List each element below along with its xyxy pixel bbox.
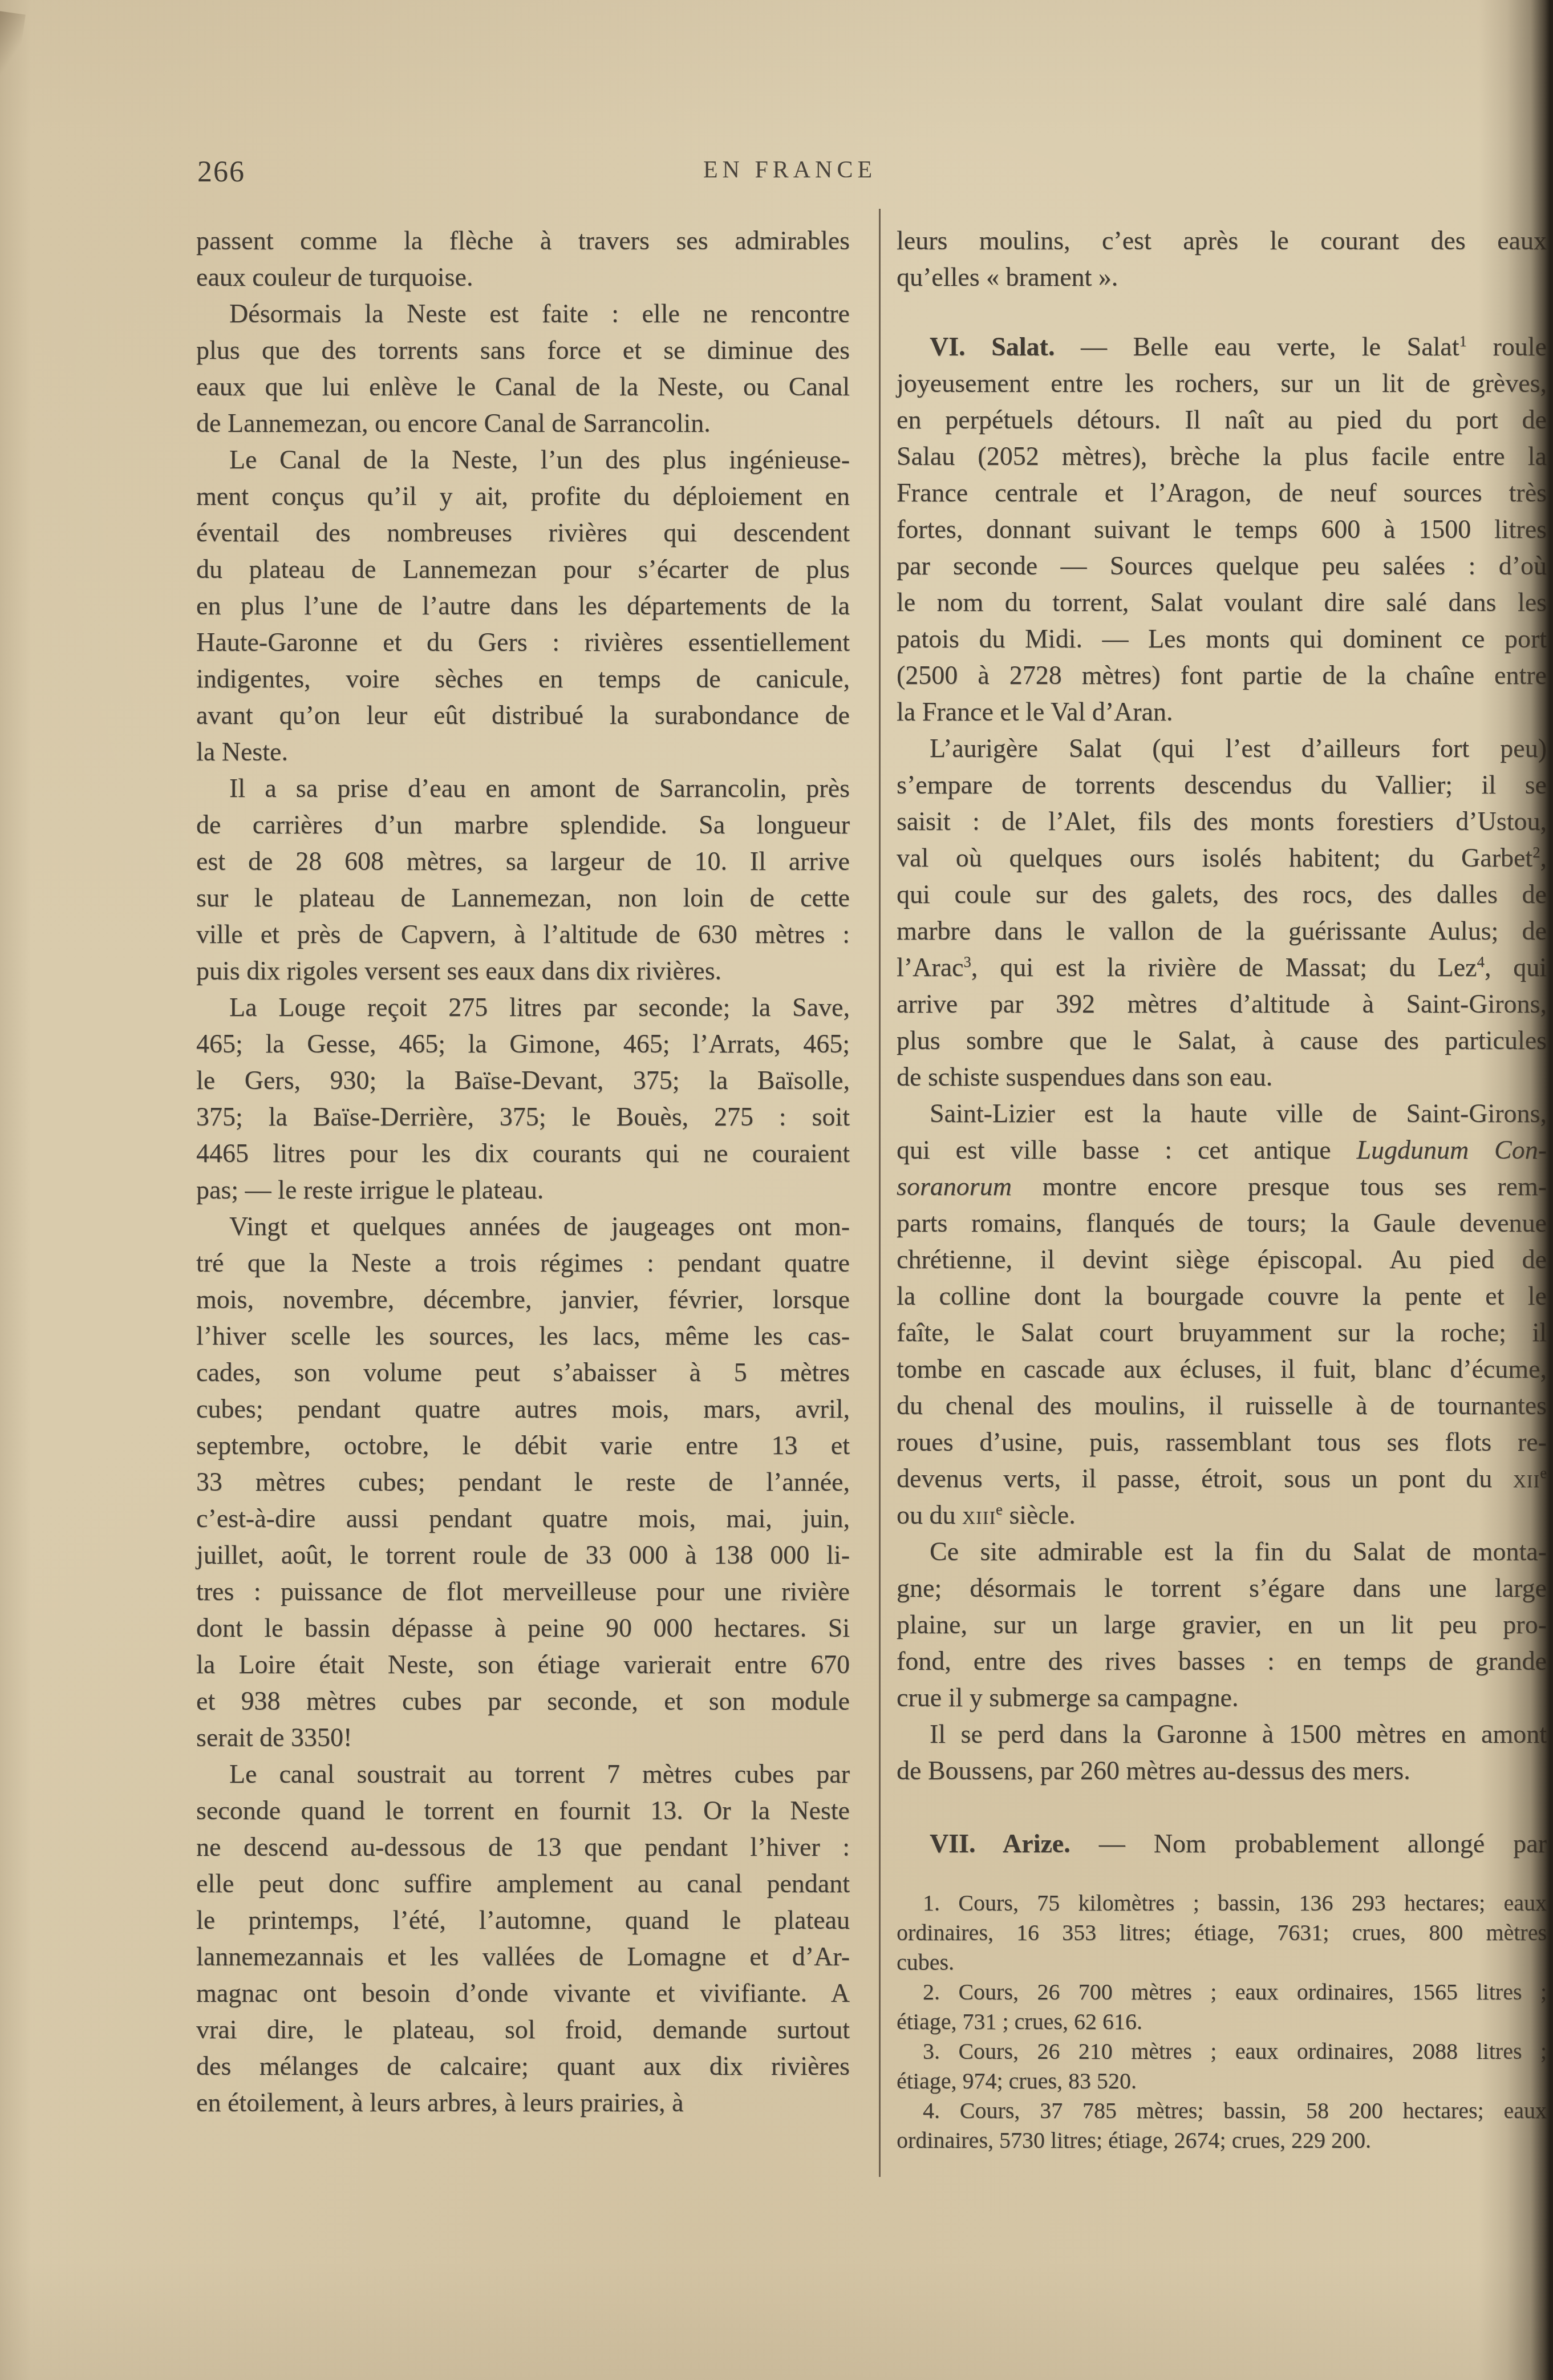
text-line: arrive par 392 mètres d’altitude à Saint… bbox=[897, 986, 1547, 1022]
text-line: du plateau de Lannemezan pour s’écarter … bbox=[196, 551, 850, 588]
text-line: roues d’usine, puis, rassemblant tous se… bbox=[897, 1424, 1547, 1460]
text-line: eaux couleur de turquoise. bbox=[196, 259, 850, 296]
text-line: dont le bassin dépasse à peine 90 000 he… bbox=[196, 1610, 850, 1646]
text-line: France centrale et l’Aragon, de neuf sou… bbox=[897, 475, 1547, 511]
text-line: de Boussens, par 260 mètres au-dessus de… bbox=[897, 1752, 1547, 1789]
text-line: faîte, le Salat court bruyamment sur la … bbox=[897, 1314, 1547, 1351]
text-line: plaine, sur un large gravier, en un lit … bbox=[897, 1606, 1547, 1643]
text-line: le Gers, 930; la Baïse-Devant, 375; la B… bbox=[196, 1062, 850, 1099]
text-line: ou du xiiie siècle. bbox=[897, 1497, 1547, 1533]
text-line: ordinaires, 5730 litres; étiage, 2674; c… bbox=[897, 2126, 1547, 2155]
running-header: EN FRANCE bbox=[0, 156, 1553, 184]
text-line: gne; désormais le torrent s’égare dans u… bbox=[897, 1570, 1547, 1606]
text-line: vrai dire, le plateau, sol froid, demand… bbox=[196, 2011, 850, 2048]
text-line: en perpétuels détours. Il naît au pied d… bbox=[897, 402, 1547, 438]
text-line: ment conçus qu’il y ait, profite du dépl… bbox=[196, 478, 850, 515]
text-line: serait de 3350! bbox=[196, 1719, 850, 1756]
text-line: tombe en cascade aux écluses, il fuit, b… bbox=[897, 1351, 1547, 1387]
text-line: qui est ville basse : cet antique Lugdun… bbox=[897, 1132, 1547, 1168]
text-line: juillet, août, le torrent roule de 33 00… bbox=[196, 1537, 850, 1573]
text-line: du chenal des moulins, il ruisselle à de… bbox=[897, 1387, 1547, 1424]
text-line: chrétienne, il devint siège épiscopal. A… bbox=[897, 1241, 1547, 1278]
text-line: elle peut donc suffire amplement au cana… bbox=[196, 1865, 850, 1902]
text-line: qu’elles « brament ». bbox=[897, 259, 1547, 296]
text-line: de carrières d’un marbre splendide. Sa l… bbox=[196, 807, 850, 843]
text-line: indigentes, voire sèches en temps de can… bbox=[196, 661, 850, 697]
right-column-body: leurs moulins, c’est après le courant de… bbox=[897, 222, 1547, 1862]
text-line: éventail des nombreuses rivières qui des… bbox=[196, 515, 850, 551]
text-line: c’est-à-dire aussi pendant quatre mois, … bbox=[196, 1500, 850, 1537]
text-line: qui coule sur des galets, des rocs, des … bbox=[897, 876, 1547, 913]
text-line: Le Canal de la Neste, l’un des plus ingé… bbox=[196, 442, 850, 478]
text-line: fond, entre des rives basses : en temps … bbox=[897, 1643, 1547, 1679]
line-gap bbox=[897, 296, 1547, 329]
text-line: ordinaires, 16 353 litres; étiage, 7631;… bbox=[897, 1918, 1547, 1948]
text-line: mois, novembre, décembre, janvier, févri… bbox=[196, 1281, 850, 1318]
text-line: cubes. bbox=[897, 1948, 1547, 1977]
text-line: devenus verts, il passe, étroit, sous un… bbox=[897, 1460, 1547, 1497]
text-line: patois du Midi. — Les monts qui dominent… bbox=[897, 621, 1547, 657]
text-line: (2500 à 2728 mètres) font partie de la c… bbox=[897, 657, 1547, 694]
text-line: 4. Cours, 37 785 mètres; bassin, 58 200 … bbox=[897, 2096, 1547, 2126]
text-line: le printemps, l’été, l’automne, quand le… bbox=[196, 1902, 850, 1938]
text-line: ville et près de Capvern, à l’altitude d… bbox=[196, 916, 850, 953]
text-line: VI. Salat. — Belle eau verte, le Salat1 … bbox=[897, 329, 1547, 365]
text-line: joyeusement entre les rochers, sur un li… bbox=[897, 365, 1547, 402]
text-line: étiage, 974; crues, 83 520. bbox=[897, 2066, 1547, 2096]
book-page-scan: 266 EN FRANCE passent comme la flèche à … bbox=[0, 0, 1553, 2380]
text-line: en plus l’une de l’autre dans les départ… bbox=[196, 588, 850, 624]
text-line: ne descend au-dessous de 13 que pendant … bbox=[196, 1829, 850, 1865]
text-line: cubes; pendant quatre autres mois, mars,… bbox=[196, 1391, 850, 1427]
text-line: marbre dans le vallon de la guérissante … bbox=[897, 913, 1547, 949]
text-line: magnac ont besoin d’onde vivante et vivi… bbox=[196, 1975, 850, 2011]
text-line: l’hiver scelle les sources, les lacs, mê… bbox=[196, 1318, 850, 1354]
text-line: Vingt et quelques années de jaugeages on… bbox=[196, 1208, 850, 1245]
text-line: crue il y submerge sa campagne. bbox=[897, 1679, 1547, 1716]
text-line: avant qu’on leur eût distribué la surabo… bbox=[196, 697, 850, 734]
text-line: et 938 mètres cubes par seconde, et son … bbox=[196, 1683, 850, 1719]
text-line: Salau (2052 mètres), brèche la plus faci… bbox=[897, 438, 1547, 475]
text-line: l’Arac3, qui est la rivière de Massat; d… bbox=[897, 949, 1547, 986]
text-line: 3. Cours, 26 210 mètres ; eaux ordinaire… bbox=[897, 2037, 1547, 2066]
text-line: eaux que lui enlève le Canal de la Neste… bbox=[196, 369, 850, 405]
text-line: pas; — le reste irrigue le plateau. bbox=[196, 1172, 850, 1208]
right-column: leurs moulins, c’est après le courant de… bbox=[897, 222, 1547, 2155]
text-line: 2. Cours, 26 700 mètres ; eaux ordinaire… bbox=[897, 1977, 1547, 2007]
text-line: Désormais la Neste est faite : elle ne r… bbox=[196, 296, 850, 332]
text-line: la France et le Val d’Aran. bbox=[897, 694, 1547, 730]
text-line: 375; la Baïse-Derrière, 375; le Bouès, 2… bbox=[196, 1099, 850, 1135]
text-line: Ce site admirable est la fin du Salat de… bbox=[897, 1533, 1547, 1570]
column-divider bbox=[879, 209, 881, 2177]
text-line: de Lannemezan, ou encore Canal de Sarran… bbox=[196, 405, 850, 442]
text-line: par seconde — Sources quelque peu salées… bbox=[897, 548, 1547, 584]
text-line: étiage, 731 ; crues, 62 616. bbox=[897, 2007, 1547, 2037]
text-line: la colline dont la bourgade couvre la pe… bbox=[897, 1278, 1547, 1314]
text-line: des mélanges de calcaire; quant aux dix … bbox=[196, 2048, 850, 2084]
text-line: 465; la Gesse, 465; la Gimone, 465; l’Ar… bbox=[196, 1026, 850, 1062]
text-line: en étoilement, à leurs arbres, à leurs p… bbox=[196, 2084, 850, 2121]
text-line: plus sombre que le Salat, à cause des pa… bbox=[897, 1022, 1547, 1059]
text-line: le nom du torrent, Salat voulant dire sa… bbox=[897, 584, 1547, 621]
text-line: Il se perd dans la Garonne à 1500 mètres… bbox=[897, 1716, 1547, 1752]
text-line: est de 28 608 mètres, sa largeur de 10. … bbox=[196, 843, 850, 880]
text-line: fortes, donnant suivant le temps 600 à 1… bbox=[897, 511, 1547, 548]
text-line: La Louge reçoit 275 litres par seconde; … bbox=[196, 989, 850, 1026]
text-line: saisit : de l’Alet, fils des monts fores… bbox=[897, 803, 1547, 840]
text-line: Le canal soustrait au torrent 7 mètres c… bbox=[196, 1756, 850, 1792]
text-line: la Loire était Neste, son étiage variera… bbox=[196, 1646, 850, 1683]
text-line: lannemezannais et les vallées de Lomagne… bbox=[196, 1938, 850, 1975]
text-line: cades, son volume peut s’abaisser à 5 mè… bbox=[196, 1354, 850, 1391]
text-line: leurs moulins, c’est après le courant de… bbox=[897, 222, 1547, 259]
text-line: 4465 litres pour les dix courants qui ne… bbox=[196, 1135, 850, 1172]
text-line: puis dix rigoles versent ses eaux dans d… bbox=[196, 953, 850, 989]
text-line: VII. Arize. — Nom probablement allongé p… bbox=[897, 1826, 1547, 1862]
footnote-section: 1. Cours, 75 kilomètres ; bassin, 136 29… bbox=[897, 1888, 1547, 2155]
text-line: passent comme la flèche à travers ses ad… bbox=[196, 222, 850, 259]
text-line: tré que la Neste a trois régimes : penda… bbox=[196, 1245, 850, 1281]
text-line: 1. Cours, 75 kilomètres ; bassin, 136 29… bbox=[897, 1888, 1547, 1918]
text-line: seconde quand le torrent en fournit 13. … bbox=[196, 1792, 850, 1829]
text-line: sur le plateau de Lannemezan, non loin d… bbox=[196, 880, 850, 916]
text-line: s’empare de torrents descendus du Vallie… bbox=[897, 767, 1547, 803]
line-gap bbox=[897, 1789, 1547, 1826]
text-line: la Neste. bbox=[196, 734, 850, 770]
text-line: val où quelques ours isolés habitent; du… bbox=[897, 840, 1547, 876]
text-line: 33 mètres cubes; pendant le reste de l’a… bbox=[196, 1464, 850, 1500]
text-line: Haute-Garonne et du Gers : rivières esse… bbox=[196, 624, 850, 661]
text-line: de schiste suspendues dans son eau. bbox=[897, 1059, 1547, 1095]
text-line: septembre, octobre, le débit varie entre… bbox=[196, 1427, 850, 1464]
text-line: L’aurigère Salat (qui l’est d’ailleurs f… bbox=[897, 730, 1547, 767]
text-line: soranorum montre encore presque tous ses… bbox=[897, 1168, 1547, 1205]
scan-corner-mark bbox=[0, 11, 26, 88]
text-line: tres : puissance de flot merveilleuse po… bbox=[196, 1573, 850, 1610]
text-line: parts romains, flanqués de tours; la Gau… bbox=[897, 1205, 1547, 1241]
text-line: plus que des torrents sans force et se d… bbox=[196, 332, 850, 369]
left-column: passent comme la flèche à travers ses ad… bbox=[196, 222, 850, 2121]
text-line: Il a sa prise d’eau en amont de Sarranco… bbox=[196, 770, 850, 807]
text-line: Saint-Lizier est la haute ville de Saint… bbox=[897, 1095, 1547, 1132]
